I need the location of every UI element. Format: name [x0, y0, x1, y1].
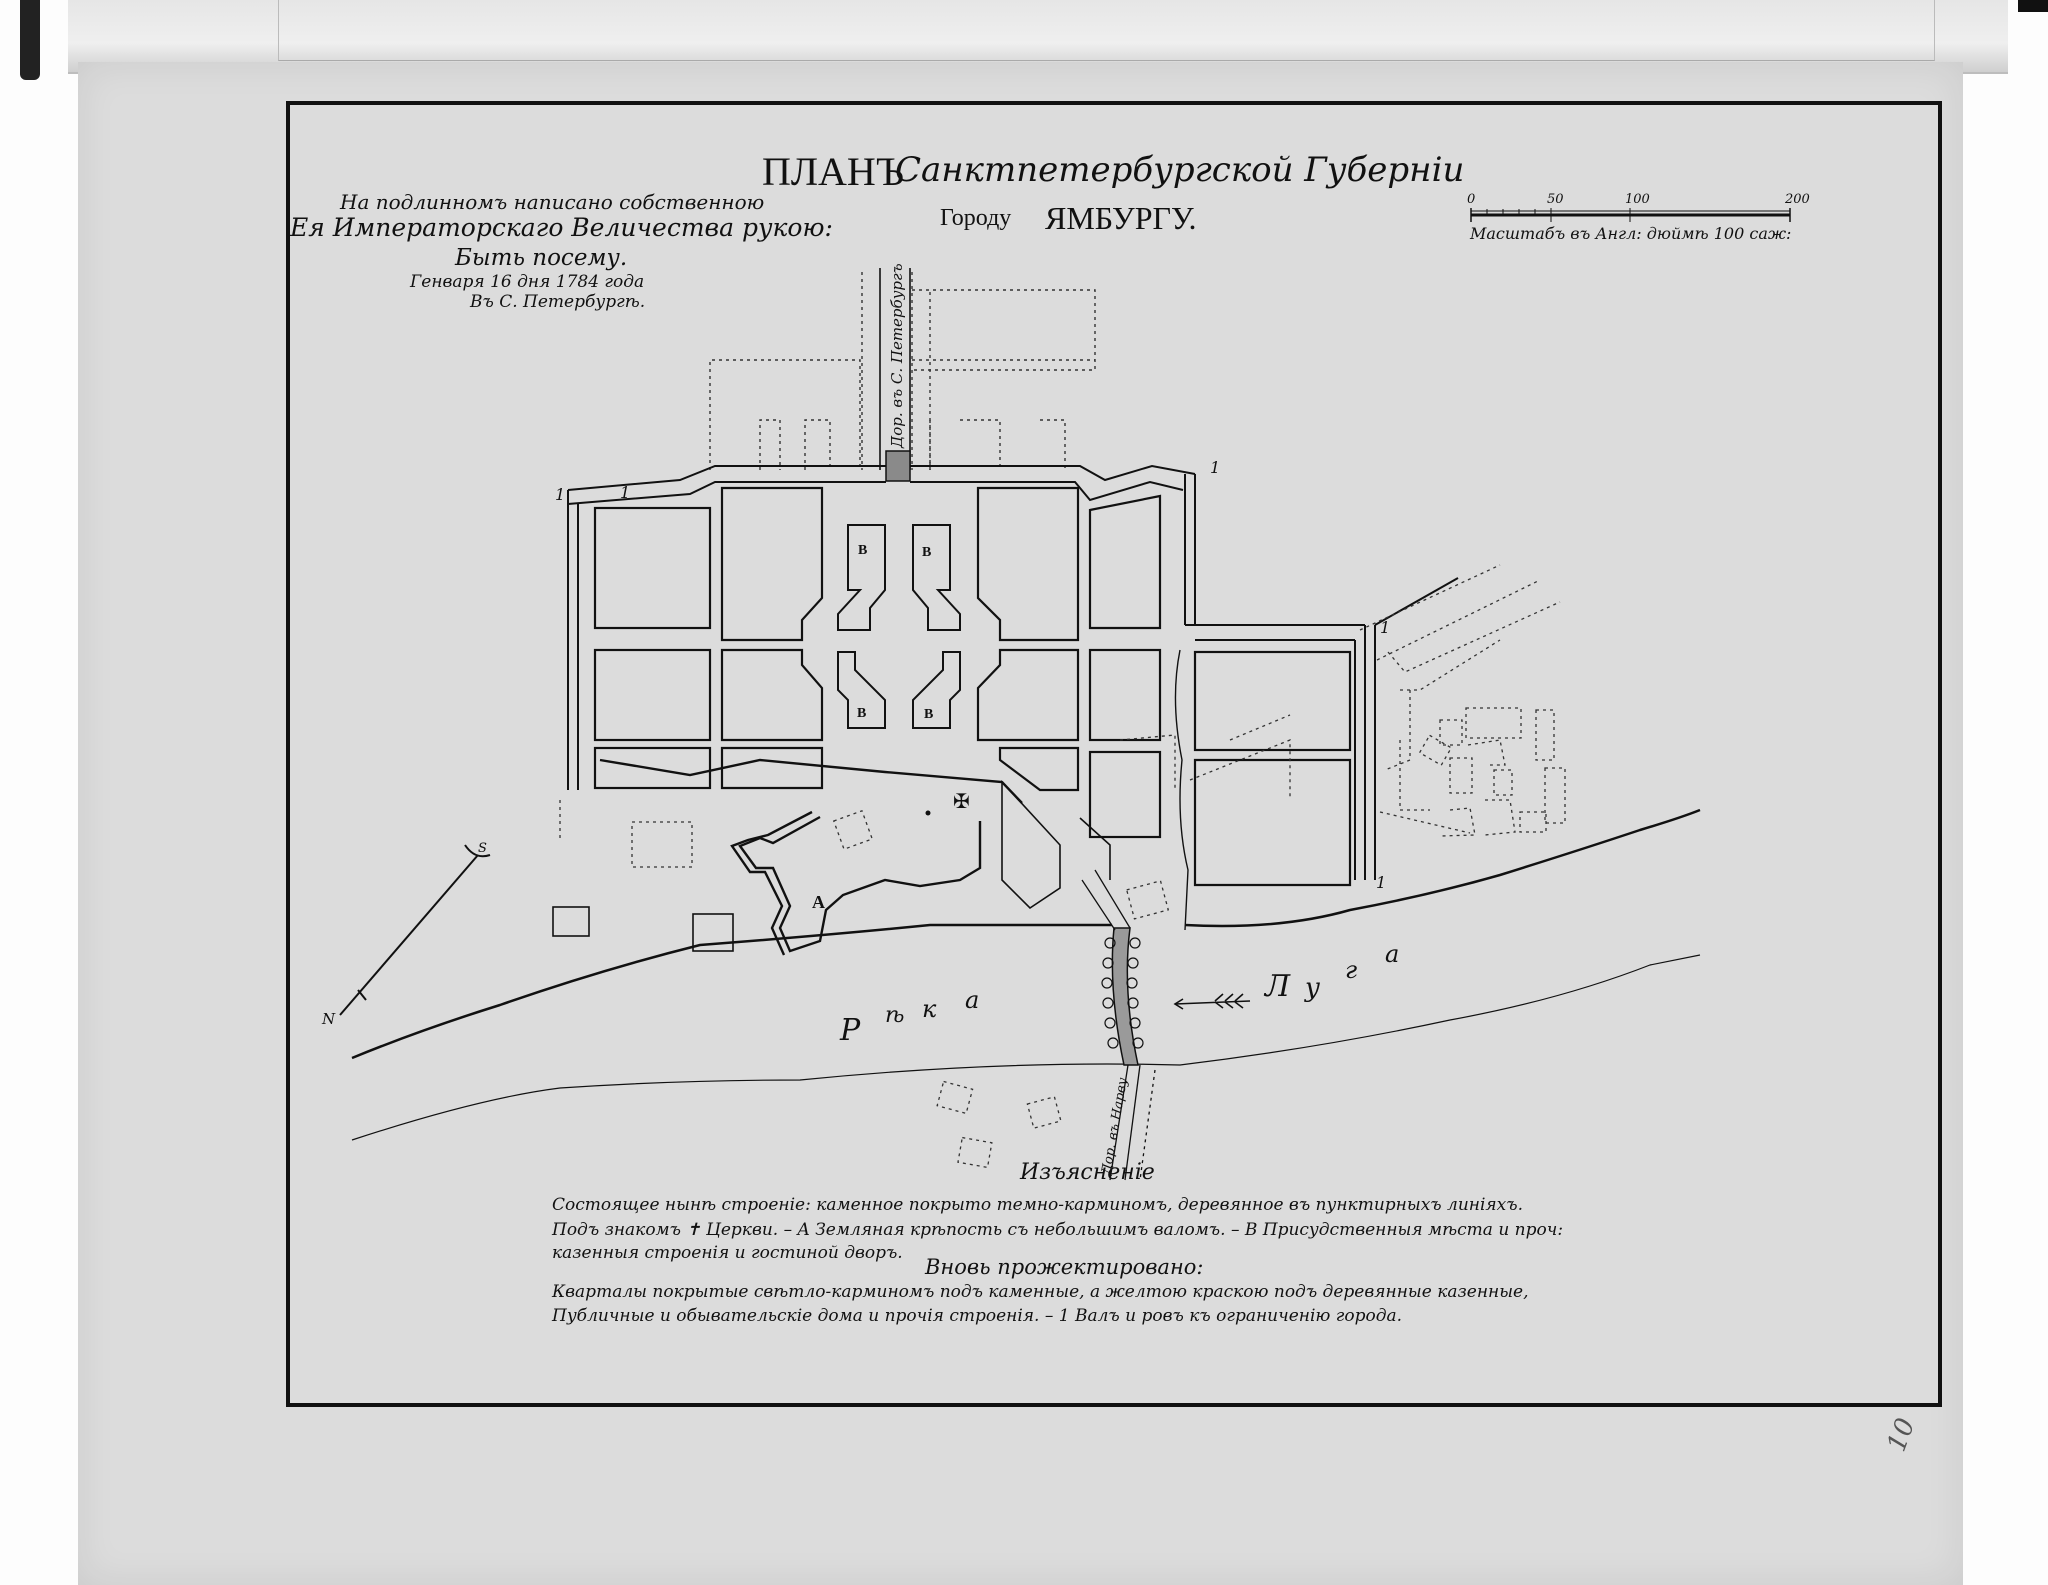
scale-bar [1471, 208, 1790, 222]
scanned-sheet: ПЛАНЪ Санктпетербургской Губернiи Городу… [0, 0, 2048, 1585]
river-flow-arrow [1175, 994, 1250, 1009]
svg-text:1: 1 [555, 485, 565, 504]
legend-existing-line-1: Состоящее нынѣ строенiе: каменное покрыт… [552, 1195, 1523, 1215]
svg-text:Л: Л [1263, 969, 1291, 1004]
svg-text:а: а [1385, 940, 1399, 968]
north-gate [886, 451, 910, 481]
rampart-and-moat [568, 466, 1458, 880]
town-plan-drawing: ✠ [0, 0, 2048, 1585]
legend-projected-line-1: Кварталы покрытые свѣтло-карминомъ подъ … [552, 1282, 1529, 1302]
svg-text:у: у [1304, 973, 1320, 1003]
svg-text:1: 1 [1210, 458, 1220, 477]
rampart-markers: 1 1 1 1 1 [555, 458, 1390, 892]
legend-heading: Изъясненiе [1020, 1160, 1155, 1185]
legend-projected-line-2: Публичные и обывательскiе дома и прочiя … [552, 1306, 1402, 1326]
church-dot [926, 811, 931, 816]
svg-text:ѣ: ѣ [885, 1003, 904, 1028]
svg-text:а: а [965, 986, 979, 1014]
stream [1175, 650, 1188, 930]
legend-existing-line-2: Подъ знакомъ ✝ Церкви. – A Земляная крѣп… [552, 1220, 1563, 1240]
legend-projected-heading: Вновь прожектировано: [925, 1255, 1204, 1279]
compass-north-label: N [321, 1010, 336, 1028]
svg-text:Р: Р [839, 1013, 861, 1048]
compass-needle [340, 845, 490, 1015]
svg-text:1: 1 [620, 483, 630, 502]
svg-text:г: г [1345, 956, 1357, 984]
projected-stone-blocks [595, 488, 1350, 885]
public-place-label-3: B [857, 706, 866, 721]
public-place-label-4: B [924, 707, 933, 722]
church-cross-icon: ✠ [953, 789, 970, 813]
river-luga [352, 810, 1700, 1140]
public-place-label-1: B [858, 543, 867, 558]
bridge [1102, 928, 1143, 1065]
public-buildings-b [838, 525, 960, 728]
legend-existing-line-3: казенныя строенiя и гостиной дворъ. [552, 1243, 903, 1263]
svg-text:1: 1 [1376, 873, 1386, 892]
svg-text:1: 1 [1380, 618, 1390, 637]
compass-south-label: S [478, 841, 487, 856]
road-north-label: Дор. въ С. Петербургъ [888, 263, 906, 449]
svg-text:к: к [922, 995, 937, 1023]
public-place-label-2: B [922, 545, 931, 560]
fortress-label: A [812, 892, 825, 912]
